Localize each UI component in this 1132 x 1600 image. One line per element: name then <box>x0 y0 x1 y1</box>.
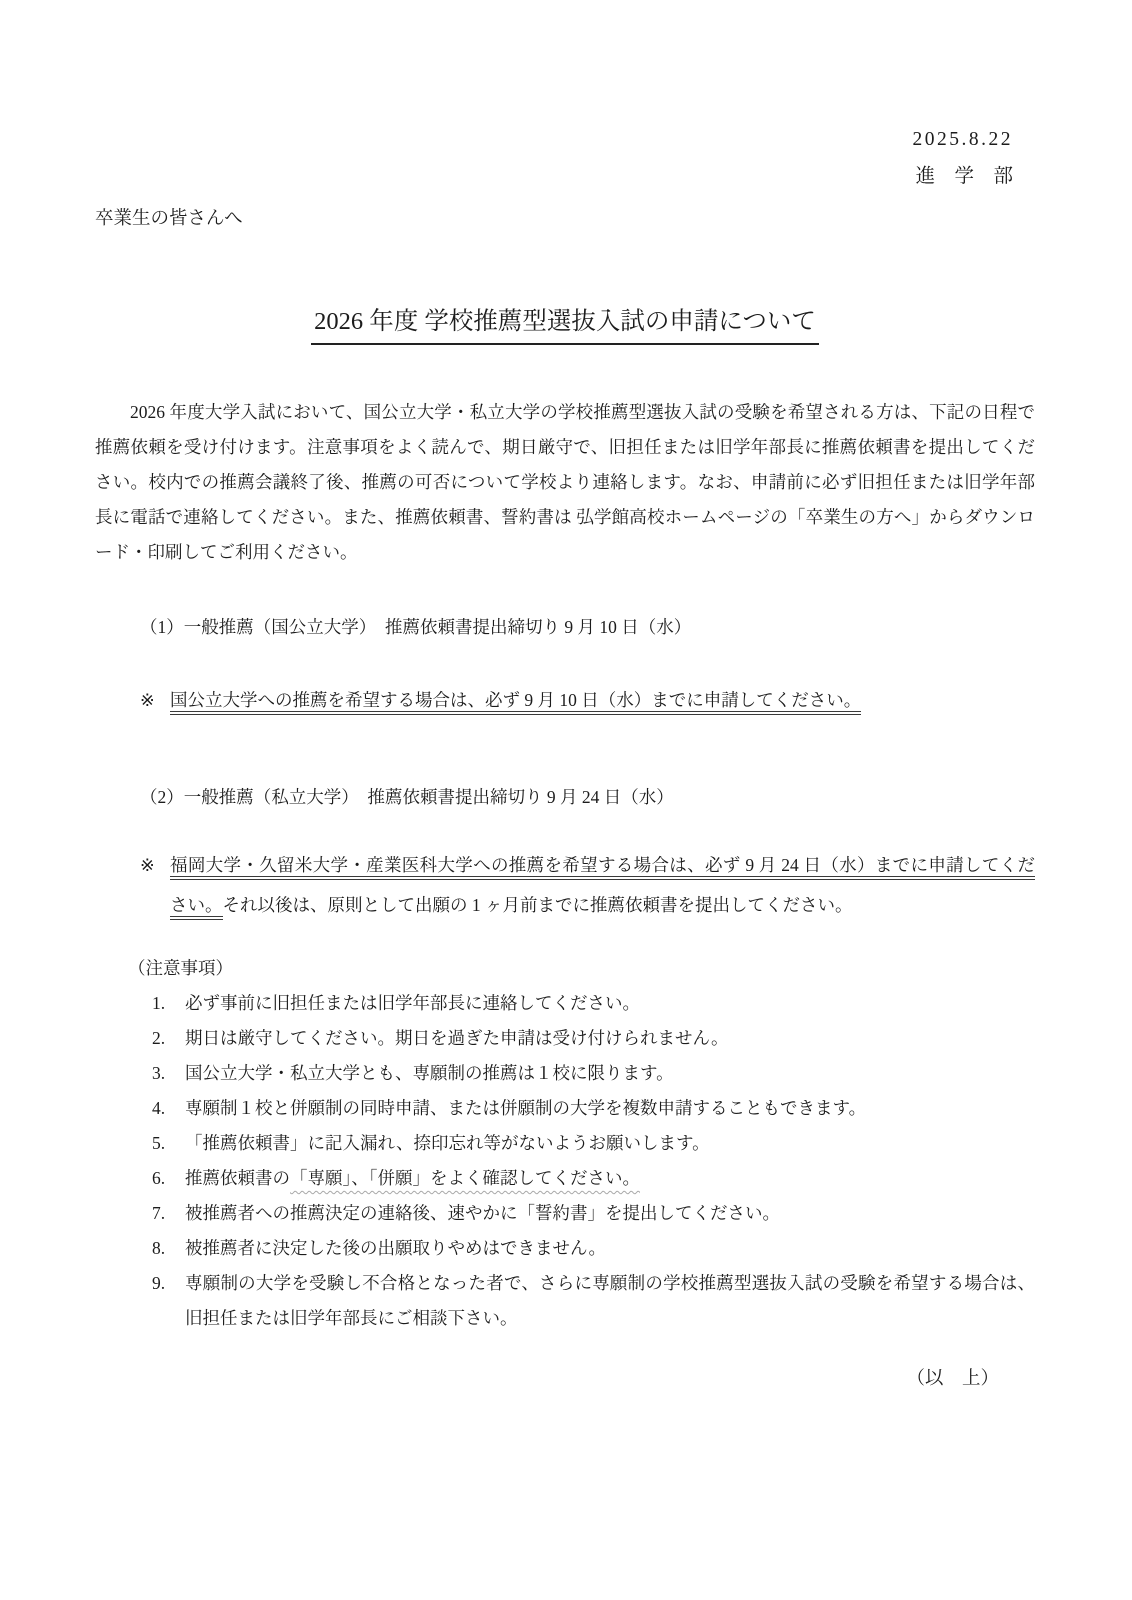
notes-heading: （注意事項） <box>128 951 1035 986</box>
note-item-7: 7. 被推薦者への推薦決定の連絡後、速やかに「誓約書」を提出してください。 <box>152 1196 1035 1231</box>
note-item-1-text: 必ず事前に旧担任または旧学年部長に連絡してください。 <box>185 986 1035 1021</box>
note-item-9-text: 専願制の大学を受験し不合格となった者で、さらに専願制の学校推薦型選抜入試の受験を… <box>185 1266 1035 1336</box>
document-header: 2025.8.22 進 学 部 <box>95 126 1035 190</box>
remark-2: ※ 福岡大学・久留米大学・産業医科大学への推薦を希望する場合は、必ず 9 月 2… <box>140 845 1035 925</box>
remark-1-marker: ※ <box>140 683 170 718</box>
remark-1: ※ 国公立大学への推薦を希望する場合は、必ず 9 月 10 日（水）までに申請し… <box>140 683 1035 718</box>
note-item-3-text: 国公立大学・私立大学とも、専願制の推薦は１校に限ります。 <box>185 1056 1035 1091</box>
note-item-6-wavy-text: 「専願」、「併願」をよく確認してください。 <box>290 1168 640 1188</box>
remark-2-text: 福岡大学・久留米大学・産業医科大学への推薦を希望する場合は、必ず 9 月 24 … <box>170 845 1035 925</box>
note-item-3: 3. 国公立大学・私立大学とも、専願制の推薦は１校に限ります。 <box>152 1056 1035 1091</box>
remark-2-rest-text: それ以後は、原則として出願の 1 ヶ月前までに推薦依頼書を提出してください。 <box>223 895 853 915</box>
note-item-6-prefix: 推薦依頼書の <box>185 1168 290 1188</box>
note-item-8: 8. 被推薦者に決定した後の出願取りやめはできません。 <box>152 1231 1035 1266</box>
schedule-item-2: （2）一般推薦（私立大学） 推薦依頼書提出締切り 9 月 24 日（水） <box>140 780 1035 815</box>
note-item-6-number: 6. <box>152 1161 185 1196</box>
note-item-6-text: 推薦依頼書の「専願」、「併願」をよく確認してください。 <box>185 1161 1035 1196</box>
document-title: 2026 年度 学校推薦型選抜入試の申請について <box>311 308 819 345</box>
note-item-3-number: 3. <box>152 1056 185 1091</box>
note-item-8-number: 8. <box>152 1231 185 1266</box>
note-item-2-text: 期日は厳守してください。期日を過ぎた申請は受け付けられません。 <box>185 1021 1035 1056</box>
notes-list: 1. 必ず事前に旧担任または旧学年部長に連絡してください。 2. 期日は厳守して… <box>152 986 1035 1336</box>
addressee-line: 卒業生の皆さんへ <box>95 202 1035 237</box>
note-item-8-text: 被推薦者に決定した後の出願取りやめはできません。 <box>185 1231 1035 1266</box>
note-item-6: 6. 推薦依頼書の「専願」、「併願」をよく確認してください。 <box>152 1161 1035 1196</box>
remark-1-underlined-text: 国公立大学への推薦を希望する場合は、必ず 9 月 10 日（水）までに申請してく… <box>170 690 861 715</box>
note-item-5: 5. 「推薦依頼書」に記入漏れ、捺印忘れ等がないようお願いします。 <box>152 1126 1035 1161</box>
document-date: 2025.8.22 <box>95 126 1013 153</box>
schedule-item-1: （1）一般推薦（国公立大学） 推薦依頼書提出締切り 9 月 10 日（水） <box>140 610 1035 645</box>
note-item-5-number: 5. <box>152 1126 185 1161</box>
remark-1-text: 国公立大学への推薦を希望する場合は、必ず 9 月 10 日（水）までに申請してく… <box>170 683 1035 718</box>
issuing-department: 進 学 部 <box>95 163 1013 190</box>
intro-paragraph: 2026 年度大学入試において、国公立大学・私立大学の学校推薦型選抜入試の受験を… <box>95 395 1035 570</box>
remark-2-marker: ※ <box>140 845 170 925</box>
note-item-2-number: 2. <box>152 1021 185 1056</box>
note-item-2: 2. 期日は厳守してください。期日を過ぎた申請は受け付けられません。 <box>152 1021 1035 1056</box>
note-item-4: 4. 専願制１校と併願制の同時申請、または併願制の大学を複数申請することもできま… <box>152 1091 1035 1126</box>
note-item-1-number: 1. <box>152 986 185 1021</box>
note-item-1: 1. 必ず事前に旧担任または旧学年部長に連絡してください。 <box>152 986 1035 1021</box>
note-item-7-number: 7. <box>152 1196 185 1231</box>
note-item-4-number: 4. <box>152 1091 185 1126</box>
note-item-7-text: 被推薦者への推薦決定の連絡後、速やかに「誓約書」を提出してください。 <box>185 1196 1035 1231</box>
note-item-9-number: 9. <box>152 1266 185 1336</box>
note-item-4-text: 専願制１校と併願制の同時申請、または併願制の大学を複数申請することもできます。 <box>185 1091 1035 1126</box>
note-item-9: 9. 専願制の大学を受験し不合格となった者で、さらに専願制の学校推薦型選抜入試の… <box>152 1266 1035 1336</box>
document-title-row: 2026 年度 学校推薦型選抜入試の申請について <box>95 305 1035 339</box>
document-page: 2025.8.22 進 学 部 卒業生の皆さんへ 2026 年度 学校推薦型選抜… <box>0 0 1132 1600</box>
closing-line: （以 上） <box>95 1362 1035 1397</box>
note-item-5-text: 「推薦依頼書」に記入漏れ、捺印忘れ等がないようお願いします。 <box>185 1126 1035 1161</box>
